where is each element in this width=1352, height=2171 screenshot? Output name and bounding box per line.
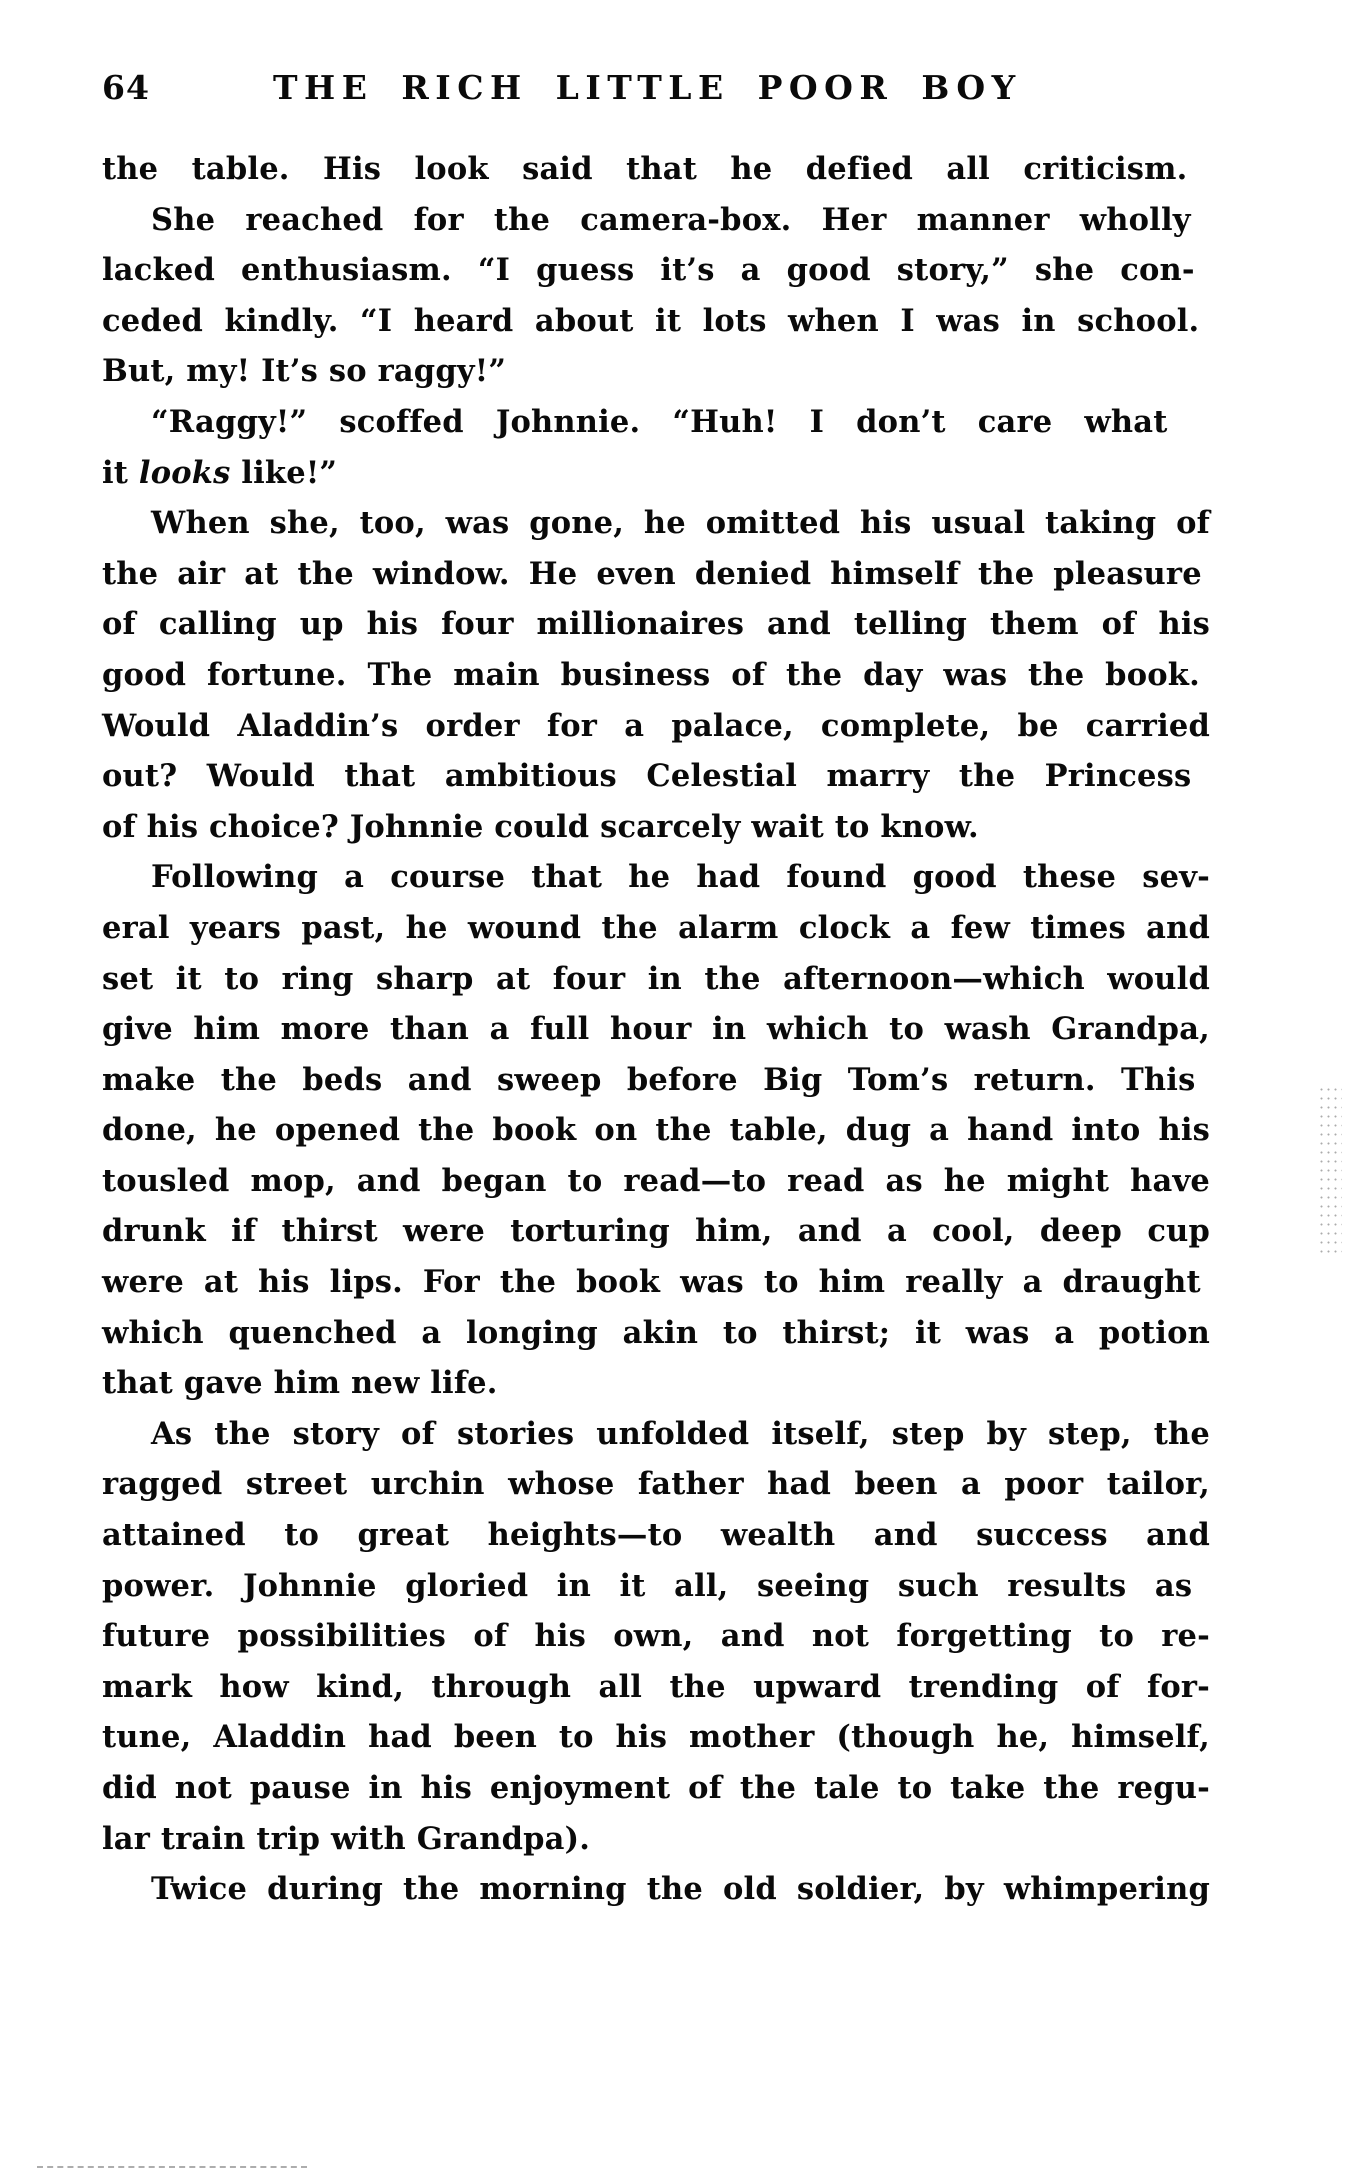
text-line: which quenched a longing akin to thirst;… [102, 1308, 1210, 1359]
text-line: good fortune. The main business of the d… [102, 650, 1210, 701]
text-line: drunk if thirst were torturing him, and … [102, 1206, 1210, 1257]
text-line: tousled mop, and began to read—to read a… [102, 1156, 1210, 1207]
paragraph-first-line: Following a course that he had found goo… [102, 852, 1210, 903]
text-line: But, my! It’s so raggy!” [102, 346, 1210, 397]
text-line: it looks like!” [102, 448, 1210, 499]
text-line: did not pause in his enjoyment of the ta… [102, 1763, 1210, 1814]
text-line: eral years past, he wound the alarm cloc… [102, 903, 1210, 954]
text-line: were at his lips. For the book was to hi… [102, 1257, 1210, 1308]
paragraph-first-line: As the story of stories unfolded itself,… [102, 1409, 1210, 1460]
text-line: ceded kindly. “I heard about it lots whe… [102, 296, 1210, 347]
text-line: Would Aladdin’s order for a palace, comp… [102, 701, 1210, 752]
book-page: 64 THE RICH LITTLE POOR BOY the table. H… [0, 0, 1352, 2171]
running-head: 64 THE RICH LITTLE POOR BOY [102, 68, 1042, 108]
page-number: 64 [102, 68, 150, 108]
text-line: attained to great heights—to wealth and … [102, 1510, 1210, 1561]
text-line: future possibilities of his own, and not… [102, 1611, 1210, 1662]
paragraph-first-line: She reached for the camera-box. Her mann… [102, 195, 1210, 246]
text-line: the air at the window. He even denied hi… [102, 549, 1210, 600]
text-line: of his choice? Johnnie could scarcely wa… [102, 802, 1210, 853]
paragraph-first-line: When she, too, was gone, he omitted his … [102, 498, 1210, 549]
text-line: power. Johnnie gloried in it all, seeing… [102, 1561, 1210, 1612]
text-line: mark how kind, through all the upward tr… [102, 1662, 1210, 1713]
text-line: done, he opened the book on the table, d… [102, 1105, 1210, 1156]
text-line: set it to ring sharp at four in the afte… [102, 954, 1210, 1005]
body-text: the table. His look said that he defied … [102, 144, 1210, 1915]
text-line: the table. His look said that he defied … [102, 144, 1210, 195]
text-segment: it [102, 455, 139, 491]
text-segment: like!” [230, 455, 337, 491]
text-line: ragged street urchin whose father had be… [102, 1459, 1210, 1510]
paragraph-first-line: Twice during the morning the old soldier… [102, 1864, 1210, 1915]
scan-noise [1318, 1085, 1342, 1255]
scan-edge-line [37, 2166, 307, 2168]
text-line: that gave him new life. [102, 1358, 1210, 1409]
italic-emphasis: looks [139, 455, 231, 491]
text-line: lacked enthusiasm. “I guess it’s a good … [102, 245, 1210, 296]
text-line: make the beds and sweep before Big Tom’s… [102, 1055, 1210, 1106]
text-line: out? Would that ambitious Celestial marr… [102, 751, 1210, 802]
text-line: of calling up his four millionaires and … [102, 599, 1210, 650]
book-title: THE RICH LITTLE POOR BOY [273, 68, 1022, 108]
text-line: give him more than a full hour in which … [102, 1004, 1210, 1055]
text-line: lar train trip with Grandpa). [102, 1814, 1210, 1865]
paragraph-first-line: “Raggy!” scoffed Johnnie. “Huh! I don’t … [102, 397, 1210, 448]
text-line: tune, Aladdin had been to his mother (th… [102, 1712, 1210, 1763]
